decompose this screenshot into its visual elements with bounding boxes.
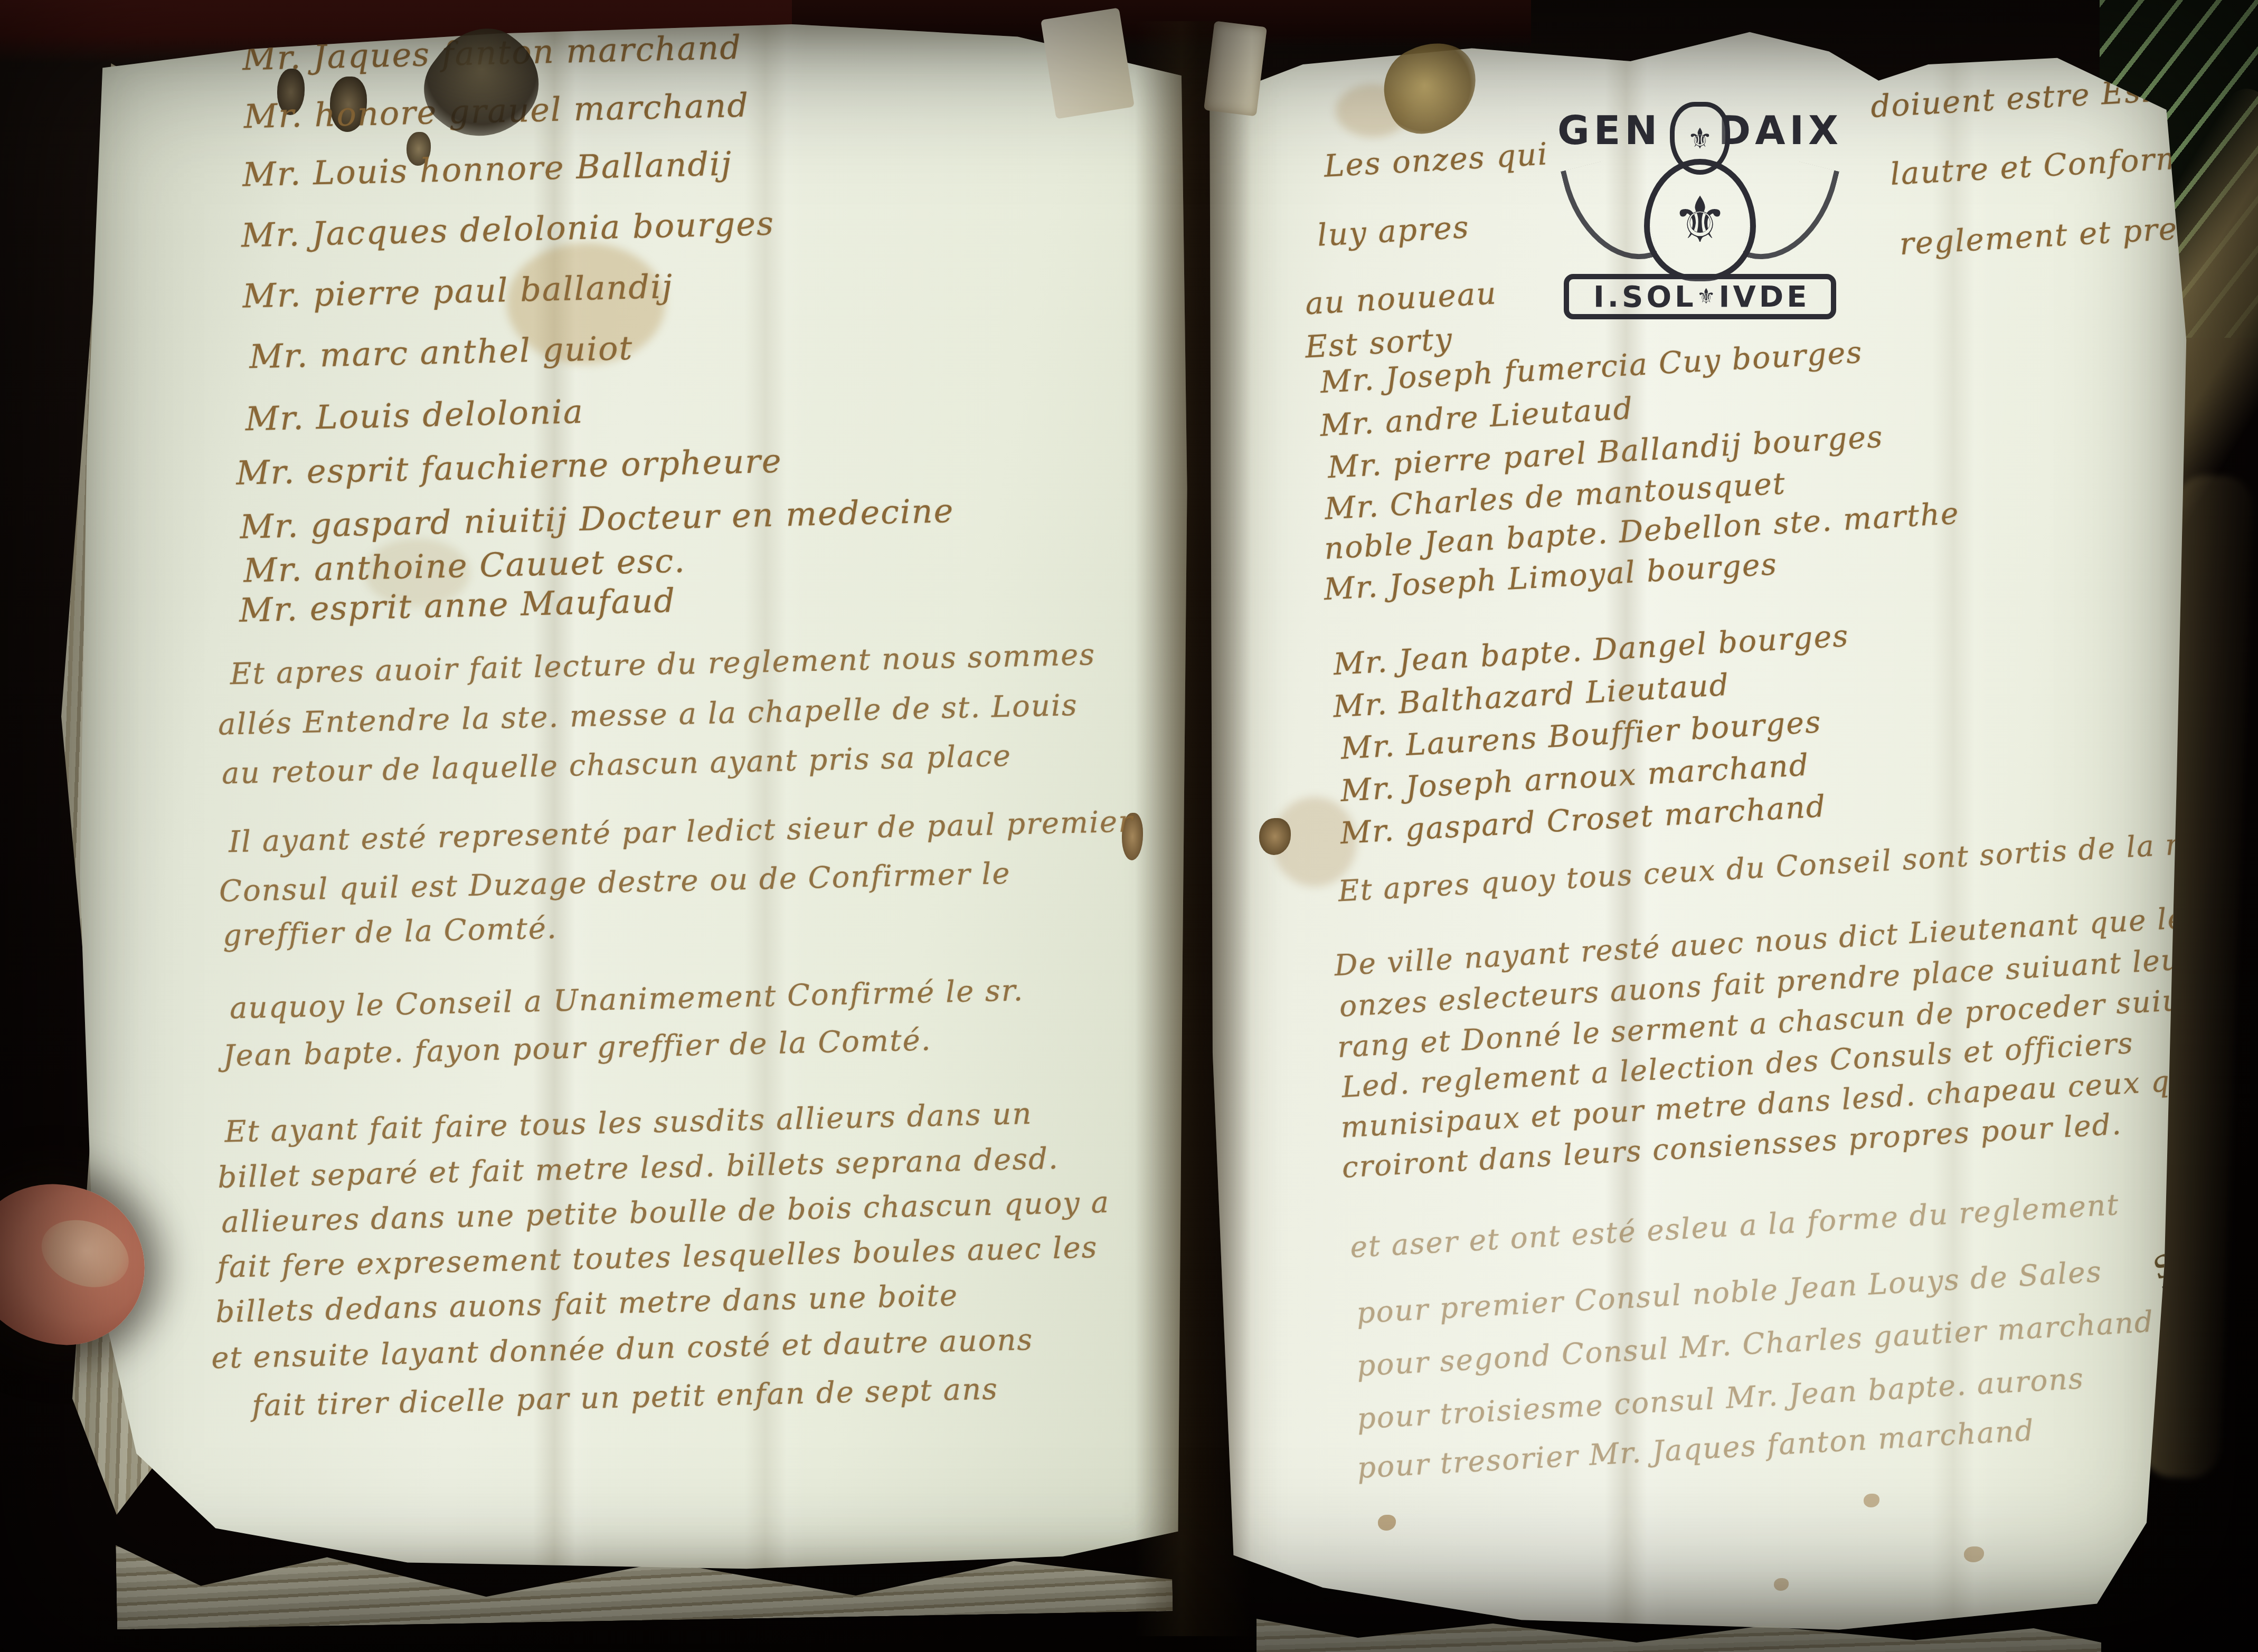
text-line: au retour de laquelle chascun ayant pris… xyxy=(221,739,1012,791)
right-page: GEN DAIX ⚜ ⚜ I.SOL ⚜ IVDE 908 Les onzes … xyxy=(1204,16,2196,1636)
text-line: et aser et ont esté esleu a la forme du … xyxy=(1349,1188,2120,1264)
left-page: Mr. Jaques fanton marchand Mr. honore gr… xyxy=(69,21,1198,1578)
text-line: Mr. Jacques delolonia bourges xyxy=(241,204,774,255)
text-line: Consul quil est Duzage destre ou de Conf… xyxy=(219,857,1011,909)
text-line: billets dedans auons fait metre dans une… xyxy=(215,1278,958,1330)
text-line: billet separé et fait metre lesd. billet… xyxy=(218,1142,1060,1195)
text-line: Mr. gaspard niuitij Docteur en medecine xyxy=(240,491,955,546)
text-line: et ensuite layant donnée dun costé et da… xyxy=(211,1323,1033,1375)
text-line: allés Entendre la ste. messe a la chapel… xyxy=(218,688,1078,742)
text-line: Et apres auoir fait lecture du reglement… xyxy=(230,638,1096,691)
text-line: Mr. Louis honnore Ballandij xyxy=(242,144,733,194)
text-line: fait fere expresement toutes lesquelles … xyxy=(217,1230,1099,1285)
left-page-text-column: Mr. Jaques fanton marchand Mr. honore gr… xyxy=(68,0,1232,1581)
text-line: Jean bapte. fayon pour greffier de la Co… xyxy=(222,1023,932,1073)
book-gutter-shadow xyxy=(1135,21,1251,1636)
text-line: Et ayant fait faire tous les susdits all… xyxy=(224,1097,1033,1150)
text-line: Mr. Louis delolonia xyxy=(245,392,584,439)
text-line: Mr. pierre paul ballandij xyxy=(242,267,674,315)
text-line: luy apres xyxy=(1316,209,1470,253)
paper-slip xyxy=(1041,7,1135,119)
page-number: 908 xyxy=(1939,0,2048,54)
text-line: Mr. marc anthel guiot xyxy=(249,329,634,376)
thumb-nail xyxy=(32,1209,138,1299)
right-page-text-column: 908 Les onzes qui doiuent estre Eslecteu… xyxy=(1189,0,2258,1641)
text-line: Mr. esprit fauchierne orpheure xyxy=(235,441,782,492)
text-line: auquoy le Conseil a Unanimement Confirmé… xyxy=(229,973,1024,1026)
text-line: Mr. Jean bapte. Dangel bourges xyxy=(1333,619,1850,682)
text-line: allieures dans une petite boulle de bois… xyxy=(221,1185,1110,1240)
text-line: greffier de la Comté. xyxy=(222,911,558,953)
photo-of-open-manuscript: Mr. Jaques fanton marchand Mr. honore gr… xyxy=(0,0,2258,1652)
text-line: Les onzes qui xyxy=(1323,136,1550,184)
text-line: fait tirer dicelle par un petit enfan de… xyxy=(252,1372,999,1423)
text-line: Il ayant esté representé par ledict sieu… xyxy=(228,804,1133,859)
text-line: Est sorty xyxy=(1304,321,1454,365)
text-line: au nouueau xyxy=(1305,275,1498,321)
